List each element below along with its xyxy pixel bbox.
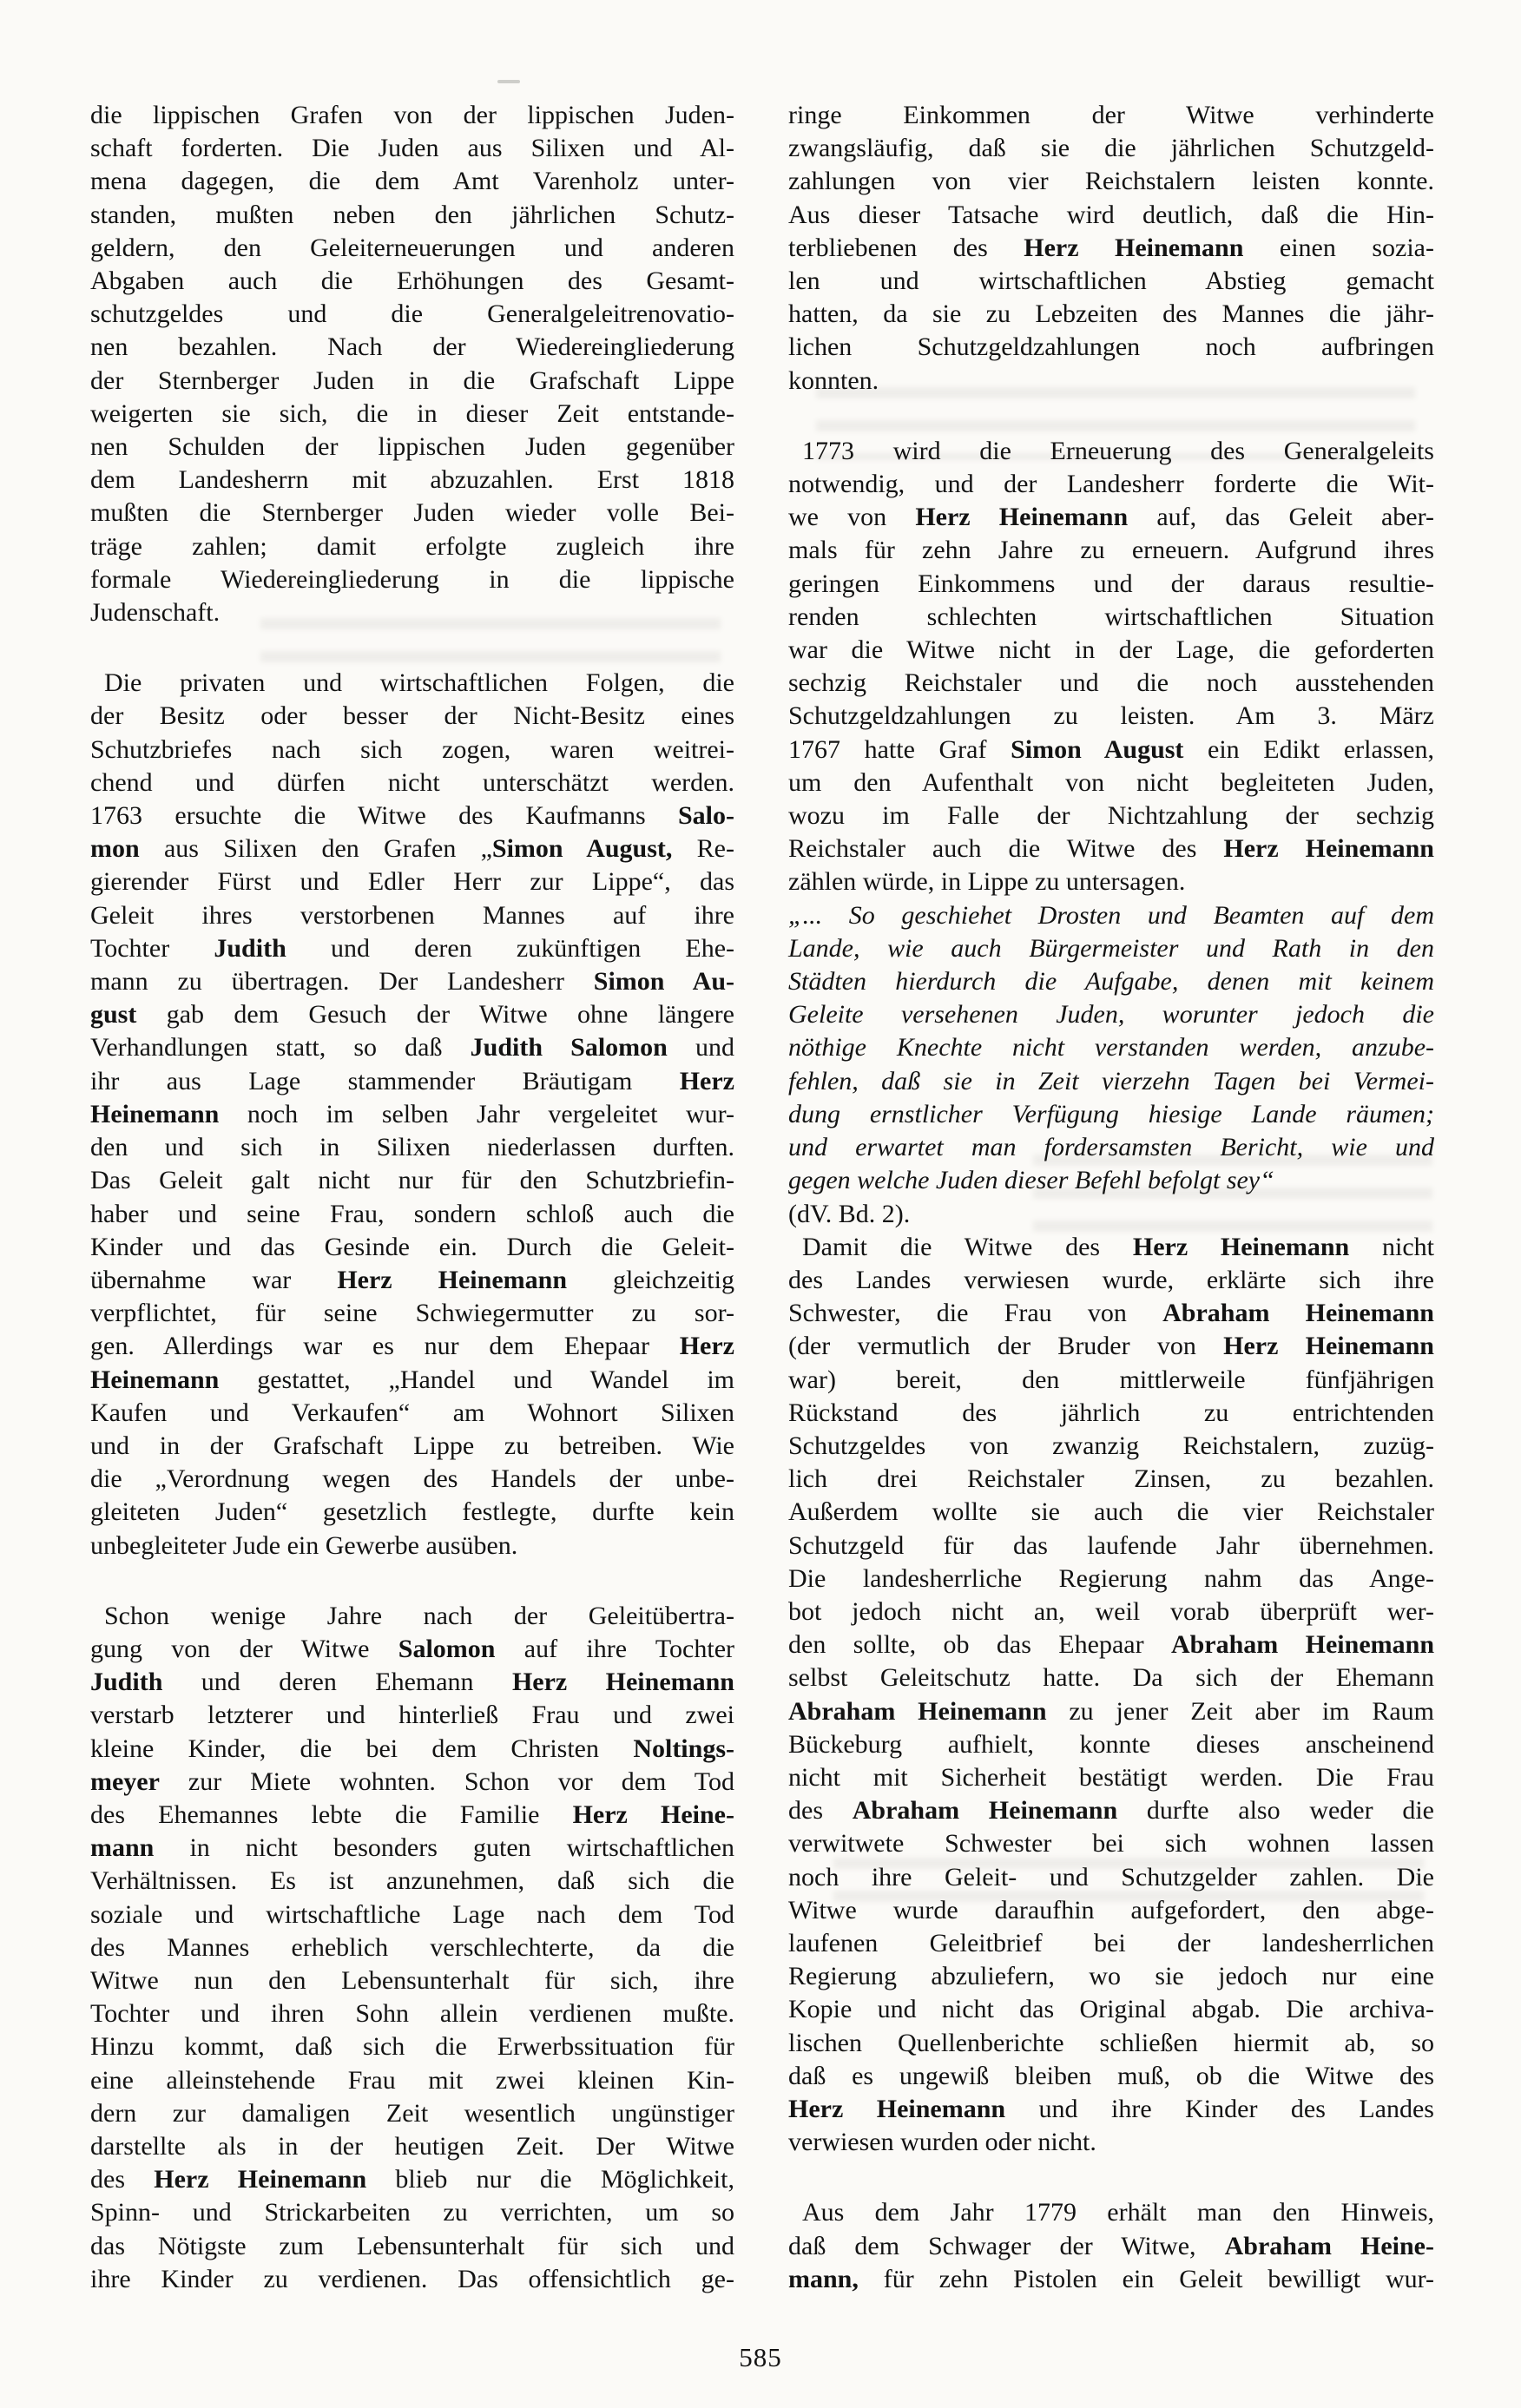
text-line: „... So geschiehet Drosten und Beamten a…: [788, 899, 1434, 932]
text-line: die „Verordnung wegen des Handels der un…: [90, 1463, 734, 1496]
text-line: Bückeburg aufhielt, konnte dieses ansche…: [788, 1728, 1434, 1761]
text-line: mals für zehn Jahre zu erneuern. Aufgrun…: [788, 534, 1434, 567]
text-line: Spinn- und Strickarbeiten zu verrichten,…: [90, 2196, 734, 2229]
body-paragraph: Damit die Witwe des Herz Heinemann nicht…: [788, 1231, 1434, 2160]
text-line: nicht mit Sicherheit bestätigt werden. D…: [788, 1761, 1434, 1794]
text-line: des Landes verwiesen wurde, erklärte sic…: [788, 1264, 1434, 1297]
text-line: Schon wenige Jahre nach der Geleitübertr…: [90, 1600, 734, 1633]
text-line: mon aus Silixen den Grafen „Simon August…: [90, 832, 734, 865]
text-line: geringen Einkommens und der daraus resul…: [788, 568, 1434, 601]
text-line: den und sich in Silixen niederlassen dur…: [90, 1131, 734, 1164]
text-line: gust gab dem Gesuch der Witwe ohne länge…: [90, 998, 734, 1031]
text-line: 1763 ersuchte die Witwe des Kaufmanns Sa…: [90, 799, 734, 832]
text-line: 1773 wird die Erneuerung des Generalgele…: [788, 435, 1434, 468]
text-line: übernahme war Herz Heinemann gleichzeiti…: [90, 1264, 734, 1297]
text-line: Verhältnissen. Es ist anzunehmen, daß si…: [90, 1865, 734, 1898]
text-line: verwiesen wurden oder nicht.: [788, 2126, 1434, 2159]
text-line: das Nötigste zum Lebensunterhalt für sic…: [90, 2230, 734, 2263]
text-line: Abraham Heinemann zu jener Zeit aber im …: [788, 1695, 1434, 1728]
text-line: sechzig Reichstaler und die noch aussteh…: [788, 667, 1434, 700]
text-line: Aus dieser Tatsache wird deutlich, daß d…: [788, 199, 1434, 232]
text-line: Schutzgeldzahlungen zu leisten. Am 3. Mä…: [788, 700, 1434, 733]
text-line: daß es ungewiß bleiben muß, ob die Witwe…: [788, 2060, 1434, 2093]
text-line: Die privaten und wirtschaftlichen Folgen…: [90, 667, 734, 700]
text-line: der Besitz oder besser der Nicht-Besitz …: [90, 700, 734, 733]
text-line: eine alleinstehende Frau mit zwei kleine…: [90, 2064, 734, 2097]
text-line: schutzgeldes und die Generalgeleitrenova…: [90, 298, 734, 331]
text-line: war die Witwe nicht in der Lage, die gef…: [788, 634, 1434, 667]
text-line: haber und seine Frau, sondern schloß auc…: [90, 1198, 734, 1231]
text-line: ihr aus Lage stammender Bräutigam Herz: [90, 1065, 734, 1098]
body-paragraph: Schon wenige Jahre nach der Geleitübertr…: [90, 1600, 734, 2296]
continuation-paragraph: ringe Einkommen der Witwe verhindertezwa…: [788, 99, 1434, 398]
text-line: lischen Quellenberichte schließen hiermi…: [788, 2027, 1434, 2060]
text-line: Damit die Witwe des Herz Heinemann nicht: [788, 1231, 1434, 1264]
text-line: dern zur damaligen Zeit wesentlich ungün…: [90, 2097, 734, 2130]
text-line: mena dagegen, die dem Amt Varenholz unte…: [90, 165, 734, 198]
text-line: meyer zur Miete wohnten. Schon vor dem T…: [90, 1766, 734, 1799]
text-line: lich drei Reichstaler Zinsen, zu bezahle…: [788, 1463, 1434, 1496]
text-line: lichen Schutzgeldzahlungen noch aufbring…: [788, 331, 1434, 364]
text-line: Geleit ihres verstorbenen Mannes auf ihr…: [90, 899, 734, 932]
text-line: Heinemann noch im selben Jahr vergeleite…: [90, 1098, 734, 1131]
text-line: terbliebenen des Herz Heinemann einen so…: [788, 232, 1434, 265]
text-line: verpflichtet, für seine Schwiegermutter …: [90, 1297, 734, 1330]
text-line: nen bezahlen. Nach der Wiedereingliederu…: [90, 331, 734, 364]
text-line: konnten.: [788, 365, 1434, 398]
text-line: gen. Allerdings war es nur dem Ehepaar H…: [90, 1330, 734, 1363]
text-line: und in der Grafschaft Lippe zu betreiben…: [90, 1430, 734, 1463]
text-line: noch ihre Geleit- und Schutzgelder zahle…: [788, 1861, 1434, 1894]
quote-citation: (dV. Bd. 2).: [788, 1198, 1434, 1231]
text-line: Städten hierdurch die Aufgabe, denen mit…: [788, 965, 1434, 998]
text-line: notwendig, und der Landesherr forderte d…: [788, 468, 1434, 501]
text-line: Heinemann gestattet, „Handel und Wandel …: [90, 1364, 734, 1397]
scan-speck: [497, 80, 520, 83]
block-quote: „... So geschiehet Drosten und Beamten a…: [788, 899, 1434, 1198]
text-line: verstarb letzterer und hinterließ Frau u…: [90, 1699, 734, 1732]
text-line: hatten, da sie zu Lebzeiten des Mannes d…: [788, 298, 1434, 331]
text-line: dung ernstlicher Verfügung hiesige Lande…: [788, 1098, 1434, 1131]
text-line: nöthige Knechte nicht verstanden werden,…: [788, 1031, 1434, 1064]
text-line: gung von der Witwe Salomon auf ihre Toch…: [90, 1633, 734, 1666]
text-line: Aus dem Jahr 1779 erhält man den Hinweis…: [788, 2196, 1434, 2229]
text-line: gierender Fürst und Edler Herr zur Lippe…: [90, 865, 734, 898]
text-column-left: die lippischen Grafen von der lippischen…: [90, 99, 734, 2296]
text-line: kleine Kinder, die bei dem Christen Nolt…: [90, 1733, 734, 1766]
text-line: verwitwete Schwester bei sich wohnen las…: [788, 1827, 1434, 1860]
text-line: mann, für zehn Pistolen ein Geleit bewil…: [788, 2263, 1434, 2296]
text-line: mann zu übertragen. Der Landesherr Simon…: [90, 965, 734, 998]
text-line: Schutzgeld für das laufende Jahr überneh…: [788, 1530, 1434, 1563]
text-line: laufenen Geleitbrief bei der landesherrl…: [788, 1927, 1434, 1960]
text-line: träge zahlen; damit erfolgte zugleich ih…: [90, 530, 734, 563]
text-line: Witwe nun den Lebensunterhalt für sich, …: [90, 1964, 734, 1997]
text-line: mußten die Sternberger Juden wieder voll…: [90, 497, 734, 530]
text-line: fehlen, daß sie in Zeit vierzehn Tagen b…: [788, 1065, 1434, 1098]
text-line: geldern, den Geleiterneuerungen und ande…: [90, 232, 734, 265]
text-line: und erwartet man fordersamsten Bericht, …: [788, 1131, 1434, 1164]
continuation-paragraph: die lippischen Grafen von der lippischen…: [90, 99, 734, 629]
text-line: Außerdem wollte sie auch die vier Reichs…: [788, 1496, 1434, 1529]
text-line: renden schlechten wirtschaftlichen Situa…: [788, 601, 1434, 634]
text-line: Die landesherrliche Regierung nahm das A…: [788, 1563, 1434, 1595]
text-line: schaft forderten. Die Juden aus Silixen …: [90, 132, 734, 165]
text-line: den sollte, ob das Ehepaar Abraham Heine…: [788, 1628, 1434, 1661]
text-line: we von Herz Heinemann auf, das Geleit ab…: [788, 501, 1434, 534]
text-line: Judith und deren Ehemann Herz Heinemann: [90, 1666, 734, 1699]
text-column-right: ringe Einkommen der Witwe verhindertezwa…: [788, 99, 1434, 2296]
text-line: daß dem Schwager der Witwe, Abraham Hein…: [788, 2230, 1434, 2263]
text-line: Lande, wie auch Bürgermeister und Rath i…: [788, 932, 1434, 965]
text-line: Regierung abzuliefern, wo sie jedoch nur…: [788, 1960, 1434, 1993]
text-line: der Sternberger Juden in die Grafschaft …: [90, 365, 734, 398]
text-line: zahlungen von vier Reichstalern leisten …: [788, 165, 1434, 198]
text-line: Kopie und nicht das Original abgab. Die …: [788, 1993, 1434, 2026]
text-line: 1767 hatte Graf Simon August ein Edikt e…: [788, 734, 1434, 766]
text-line: war) bereit, den mittlerweile fünfjährig…: [788, 1364, 1434, 1397]
text-line: Tochter und ihren Sohn allein verdienen …: [90, 1997, 734, 2030]
text-line: (der vermutlich der Bruder von Herz Hein…: [788, 1330, 1434, 1363]
body-paragraph: 1773 wird die Erneuerung des Generalgele…: [788, 435, 1434, 899]
body-paragraph: Aus dem Jahr 1779 erhält man den Hinweis…: [788, 2196, 1434, 2296]
page-number: 585: [0, 2342, 1521, 2373]
text-line: Geleite versehenen Juden, worunter jedoc…: [788, 998, 1434, 1031]
text-line: bot jedoch nicht an, weil vorab überprüf…: [788, 1595, 1434, 1628]
text-line: Witwe wurde daraufhin aufgefordert, den …: [788, 1894, 1434, 1927]
text-line: dem Landesherrn mit abzuzahlen. Erst 181…: [90, 464, 734, 497]
text-line: nen Schulden der lippischen Juden gegenü…: [90, 431, 734, 464]
text-line: Rückstand des jährlich zu entrichtenden: [788, 1397, 1434, 1430]
text-line: chend und dürfen nicht unterschätzt werd…: [90, 766, 734, 799]
body-paragraph: Die privaten und wirtschaftlichen Folgen…: [90, 667, 734, 1562]
text-line: um den Aufenthalt von nicht begleiteten …: [788, 766, 1434, 799]
text-line: darstellte als in der heutigen Zeit. Der…: [90, 2130, 734, 2163]
text-line: Hinzu kommt, daß sich die Erwerbssituati…: [90, 2030, 734, 2063]
text-line: (dV. Bd. 2).: [788, 1198, 1434, 1231]
text-line: weigerten sie sich, die in dieser Zeit e…: [90, 398, 734, 431]
text-line: zwangsläufig, daß sie die jährlichen Sch…: [788, 132, 1434, 165]
text-line: Schutzbriefes nach sich zogen, waren wei…: [90, 734, 734, 766]
text-line: des Abraham Heinemann durfte also weder …: [788, 1794, 1434, 1827]
text-line: formale Wiedereingliederung in die lippi…: [90, 563, 734, 596]
text-line: unbegleiteter Jude ein Gewerbe ausüben.: [90, 1530, 734, 1563]
text-line: des Ehemannes lebte die Familie Herz Hei…: [90, 1799, 734, 1832]
text-line: Judenschaft.: [90, 596, 734, 629]
text-line: Verhandlungen statt, so daß Judith Salom…: [90, 1031, 734, 1064]
text-line: Tochter Judith und deren zukünftigen Ehe…: [90, 932, 734, 965]
text-line: zählen würde, in Lippe zu untersagen.: [788, 865, 1434, 898]
text-line: standen, mußten neben den jährlichen Sch…: [90, 199, 734, 232]
text-line: des Mannes erheblich verschlechterte, da…: [90, 1931, 734, 1964]
text-line: die lippischen Grafen von der lippischen…: [90, 99, 734, 132]
text-line: Abgaben auch die Erhöhungen des Gesamt-: [90, 265, 734, 298]
text-line: Herz Heinemann und ihre Kinder des Lande…: [788, 2093, 1434, 2126]
text-line: selbst Geleitschutz hatte. Da sich der E…: [788, 1661, 1434, 1694]
text-line: gegen welche Juden dieser Befehl befolgt…: [788, 1164, 1434, 1197]
text-line: gleiteten Juden“ gesetzlich festlegte, d…: [90, 1496, 734, 1529]
text-line: mann in nicht besonders guten wirtschaft…: [90, 1832, 734, 1865]
text-line: soziale und wirtschaftliche Lage nach de…: [90, 1898, 734, 1931]
text-line: Kinder und das Gesinde ein. Durch die Ge…: [90, 1231, 734, 1264]
scanned-page: die lippischen Grafen von der lippischen…: [0, 0, 1521, 2408]
text-line: len und wirtschaftlichen Abstieg gemacht: [788, 265, 1434, 298]
text-line: ringe Einkommen der Witwe verhinderte: [788, 99, 1434, 132]
text-line: Das Geleit galt nicht nur für den Schutz…: [90, 1164, 734, 1197]
text-line: des Herz Heinemann blieb nur die Möglich…: [90, 2163, 734, 2196]
text-line: Schwester, die Frau von Abraham Heineman…: [788, 1297, 1434, 1330]
text-line: Reichstaler auch die Witwe des Herz Hein…: [788, 832, 1434, 865]
text-line: Kaufen und Verkaufen“ am Wohnort Silixen: [90, 1397, 734, 1430]
text-line: ihre Kinder zu verdienen. Das offensicht…: [90, 2263, 734, 2296]
text-line: wozu im Falle der Nichtzahlung der sechz…: [788, 799, 1434, 832]
text-line: Schutzgeldes von zwanzig Reichstalern, z…: [788, 1430, 1434, 1463]
